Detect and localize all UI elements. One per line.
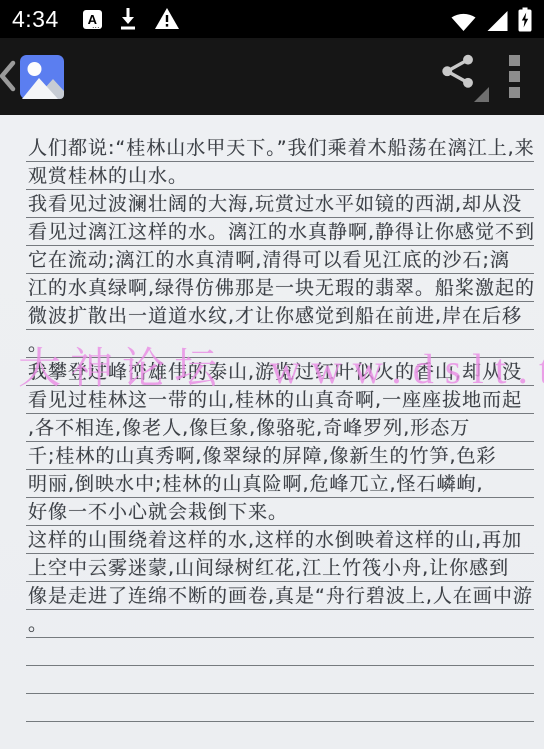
handwritten-text: 它在流动;漓江的水真清啊,清得可以看见江底的沙石;漓 (26, 246, 534, 274)
handwritten-line: 。 (26, 330, 534, 358)
handwritten-text: 我攀登过峰峦雄伟的泰山,游览过红叶似火的香山,却从没 (26, 358, 534, 386)
handwritten-line: 看见过桂林这一带的山,桂林的山真奇啊,一座座拔地而起 (26, 386, 534, 414)
handwritten-line: 我攀登过峰峦雄伟的泰山,游览过红叶似火的香山,却从没 (26, 358, 534, 386)
handwritten-line: 好像一不小心就会栽倒下来。 (26, 498, 534, 526)
gallery-app-icon[interactable] (20, 55, 64, 99)
cellular-signal-icon (486, 10, 509, 32)
photo-view[interactable]: 人们都说:“桂林山水甲天下。”我们乘着木船荡在漓江上,来 观赏桂林的山水。 我看… (0, 115, 544, 749)
handwritten-line (26, 666, 534, 694)
share-icon (439, 52, 477, 92)
handwritten-text: 看见过桂林这一带的山,桂林的山真奇啊,一座座拔地而起 (26, 386, 534, 414)
handwritten-text: 看见过漓江这样的水。漓江的水真静啊,静得让你感觉不到 (26, 218, 534, 246)
back-icon[interactable] (0, 60, 19, 92)
action-bar (0, 38, 544, 115)
handwritten-text: 微波扩散出一道道水纹,才让你感觉到船在前进,岸在后移 (26, 302, 534, 330)
handwritten-text: 这样的山围绕着这样的水,这样的水倒映着这样的山,再加 (26, 526, 534, 554)
handwritten-text: ,各不相连,像老人,像巨象,像骆驼,奇峰罗列,形态万 (26, 414, 534, 442)
handwritten-line: 微波扩散出一道道水纹,才让你感觉到船在前进,岸在后移 (26, 302, 534, 330)
share-button[interactable] (439, 52, 483, 102)
handwritten-line: 人们都说:“桂林山水甲天下。”我们乘着木船荡在漓江上,来 (26, 134, 534, 162)
status-left-icons: A… (83, 7, 180, 31)
clock: 4:34 (12, 6, 59, 33)
warning-icon (154, 7, 180, 31)
handwritten-line: 上空中云雾迷蒙,山间绿树红花,江上竹筏小舟,让你感到 (26, 554, 534, 582)
status-bar: 4:34 A… (0, 0, 544, 38)
handwritten-line (26, 694, 534, 722)
handwritten-text: 。 (26, 610, 534, 638)
handwritten-line: 我看见过波澜壮阔的大海,玩赏过水平如镜的西湖,却从没 (26, 190, 534, 218)
auto-text-badge-icon: A… (83, 10, 102, 29)
handwritten-line: 。 (26, 610, 534, 638)
battery-charging-icon (518, 7, 532, 32)
handwritten-text: 好像一不小心就会栽倒下来。 (26, 498, 534, 526)
handwritten-text: 人们都说:“桂林山水甲天下。”我们乘着木船荡在漓江上,来 (26, 134, 534, 162)
handwritten-text: 我看见过波澜壮阔的大海,玩赏过水平如镜的西湖,却从没 (26, 190, 534, 218)
handwritten-text: 像是走进了连绵不断的画卷,真是“舟行碧波上,人在画中游” (26, 582, 534, 610)
download-icon (117, 7, 139, 31)
handwritten-line: 这样的山围绕着这样的水,这样的水倒映着这样的山,再加 (26, 526, 534, 554)
handwritten-line: 观赏桂林的山水。 (26, 162, 534, 190)
status-right-icons (450, 7, 532, 32)
handwritten-text: 千;桂林的山真秀啊,像翠绿的屏障,像新生的竹笋,色彩 (26, 442, 534, 470)
handwritten-text: 观赏桂林的山水。 (26, 162, 534, 190)
handwritten-line (26, 638, 534, 666)
handwritten-line: 江的水真绿啊,绿得仿佛那是一块无瑕的翡翠。船桨激起的 (26, 274, 534, 302)
handwritten-line: 千;桂林的山真秀啊,像翠绿的屏障,像新生的竹笋,色彩 (26, 442, 534, 470)
handwritten-line: 明丽,倒映水中;桂林的山真险啊,危峰兀立,怪石嶙峋, (26, 470, 534, 498)
handwritten-text: 明丽,倒映水中;桂林的山真险啊,危峰兀立,怪石嶙峋, (26, 470, 534, 498)
overflow-menu-icon[interactable] (505, 51, 524, 102)
ruled-paper: 人们都说:“桂林山水甲天下。”我们乘着木船荡在漓江上,来 观赏桂林的山水。 我看… (0, 115, 544, 722)
handwritten-line: ,各不相连,像老人,像巨象,像骆驼,奇峰罗列,形态万 (26, 414, 534, 442)
wifi-icon (450, 10, 477, 32)
handwritten-text: 上空中云雾迷蒙,山间绿树红花,江上竹筏小舟,让你感到 (26, 554, 534, 582)
handwritten-text: 江的水真绿啊,绿得仿佛那是一块无瑕的翡翠。船桨激起的 (26, 274, 534, 302)
share-expand-corner-icon (474, 87, 489, 102)
handwritten-text: 。 (26, 330, 534, 358)
handwritten-line: 像是走进了连绵不断的画卷,真是“舟行碧波上,人在画中游” (26, 582, 534, 610)
handwritten-line: 它在流动;漓江的水真清啊,清得可以看见江底的沙石;漓 (26, 246, 534, 274)
handwritten-line: 看见过漓江这样的水。漓江的水真静啊,静得让你感觉不到 (26, 218, 534, 246)
